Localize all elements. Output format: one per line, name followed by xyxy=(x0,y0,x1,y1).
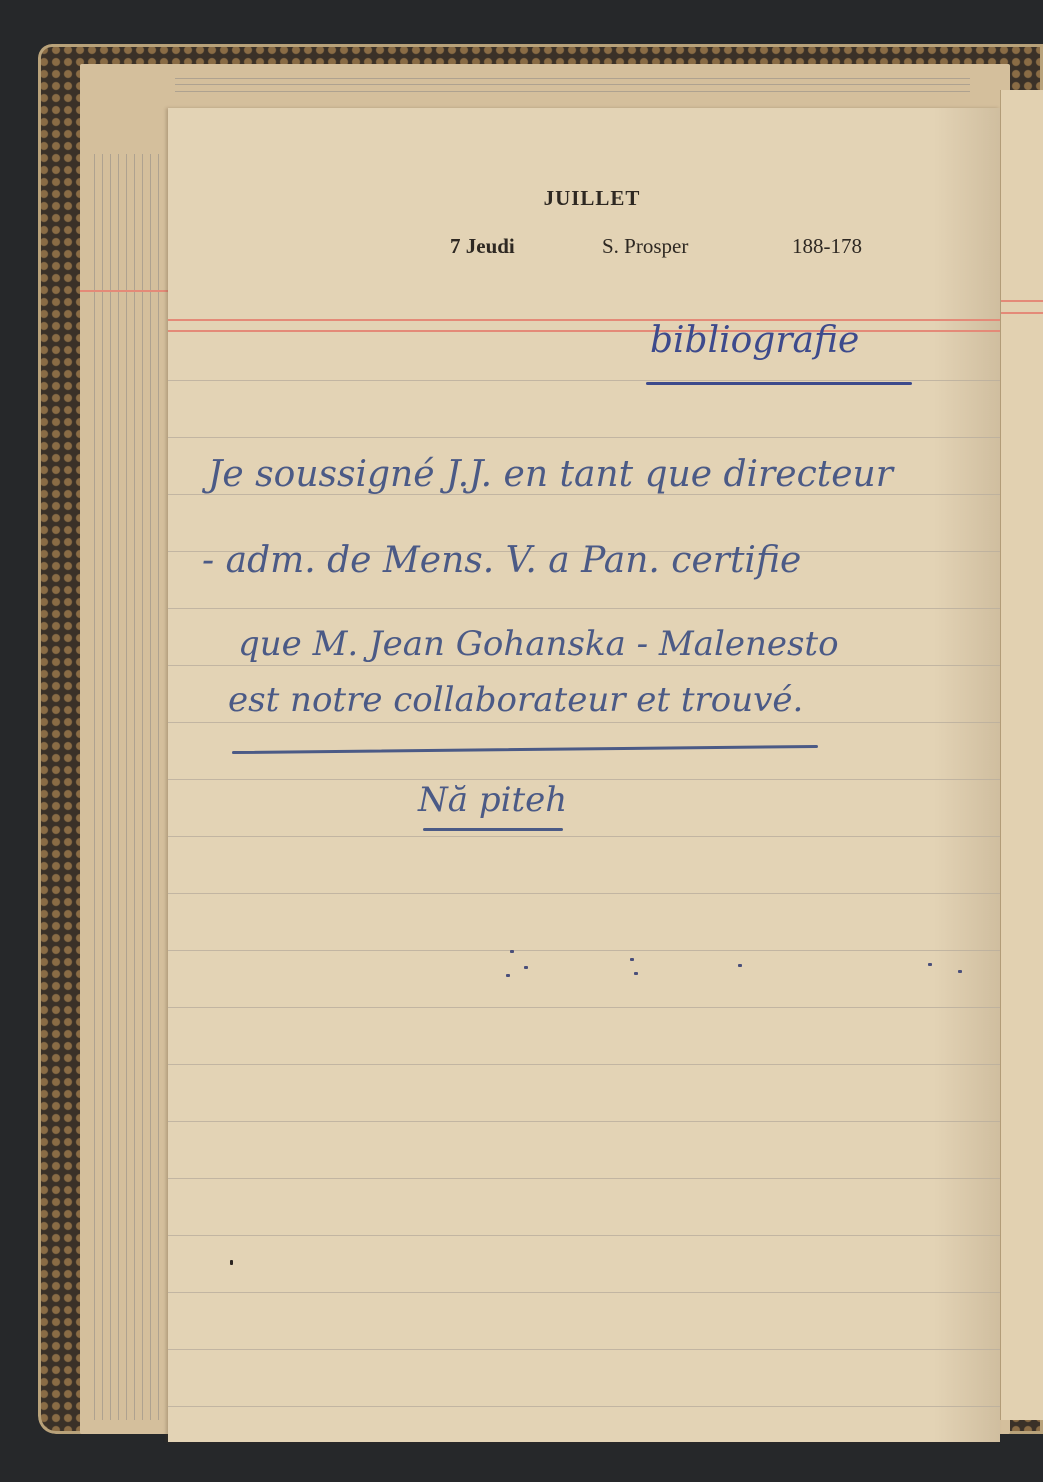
red-rule-facing xyxy=(1001,300,1043,302)
ruled-line xyxy=(168,1178,1000,1179)
handwritten-line-2: - adm. de Mens. V. a Pan. certifie xyxy=(202,540,801,581)
red-rule-bottom xyxy=(168,330,1000,332)
ruled-line xyxy=(168,1292,1000,1293)
ruled-line xyxy=(168,608,1000,609)
ruled-line xyxy=(168,1235,1000,1236)
ink-speck xyxy=(230,1260,233,1265)
text-underline-arrow xyxy=(232,745,818,754)
ink-speck xyxy=(634,972,638,975)
stack-edge xyxy=(126,154,127,1420)
handwritten-heading: bibliografie xyxy=(650,320,859,361)
diary-page: JUILLET 7 Jeudi S. Prosper 188-178 bibli… xyxy=(168,108,1000,1442)
facing-page xyxy=(1000,90,1043,1420)
stack-edge xyxy=(158,154,159,1420)
ink-speck xyxy=(510,950,514,953)
ruled-line xyxy=(168,665,1000,666)
ruled-line xyxy=(168,950,1000,951)
ruled-line xyxy=(168,1007,1000,1008)
ruled-line xyxy=(168,1349,1000,1350)
ink-speck xyxy=(524,966,528,969)
stack-edge xyxy=(118,154,119,1420)
handwritten-line-3: que M. Jean Gohanska - Malenesto xyxy=(238,624,839,664)
ink-speck xyxy=(506,974,510,977)
ruled-line xyxy=(168,1121,1000,1122)
heading-underline-arrow xyxy=(646,382,912,385)
month-heading: JUILLET xyxy=(168,186,1000,211)
stack-edge xyxy=(102,154,103,1420)
stack-edge-top xyxy=(175,84,970,85)
stack-edge-top xyxy=(175,91,970,92)
ink-speck xyxy=(928,963,932,966)
ruled-line xyxy=(168,779,1000,780)
weekday-date: 7 Jeudi xyxy=(450,234,515,259)
handwritten-signature: Nă piteh xyxy=(418,780,567,820)
ruled-line xyxy=(168,893,1000,894)
ruled-line xyxy=(168,1064,1000,1065)
ruled-line xyxy=(168,437,1000,438)
handwritten-line-4: est notre collaborateur et trouvé. xyxy=(228,680,803,720)
ink-speck xyxy=(630,958,634,961)
stack-edge xyxy=(110,154,111,1420)
stack-edge xyxy=(134,154,135,1420)
stack-edge xyxy=(94,154,95,1420)
saint-of-day: S. Prosper xyxy=(602,234,688,259)
red-rule-top xyxy=(168,319,1000,321)
handwritten-line-1: Je soussigné J.J. en tant que directeur xyxy=(208,454,893,495)
day-counter: 188-178 xyxy=(792,234,862,259)
red-rule-facing xyxy=(1001,312,1043,314)
stack-edge xyxy=(142,154,143,1420)
ink-speck xyxy=(958,970,962,973)
ink-speck xyxy=(738,964,742,967)
ruled-line xyxy=(168,1406,1000,1407)
stack-edge-top xyxy=(175,78,970,79)
stack-edge xyxy=(150,154,151,1420)
signature-underline xyxy=(423,828,563,831)
ruled-line xyxy=(168,380,1000,381)
ruled-line xyxy=(168,836,1000,837)
red-rule-stack xyxy=(80,290,168,292)
ruled-line xyxy=(168,722,1000,723)
